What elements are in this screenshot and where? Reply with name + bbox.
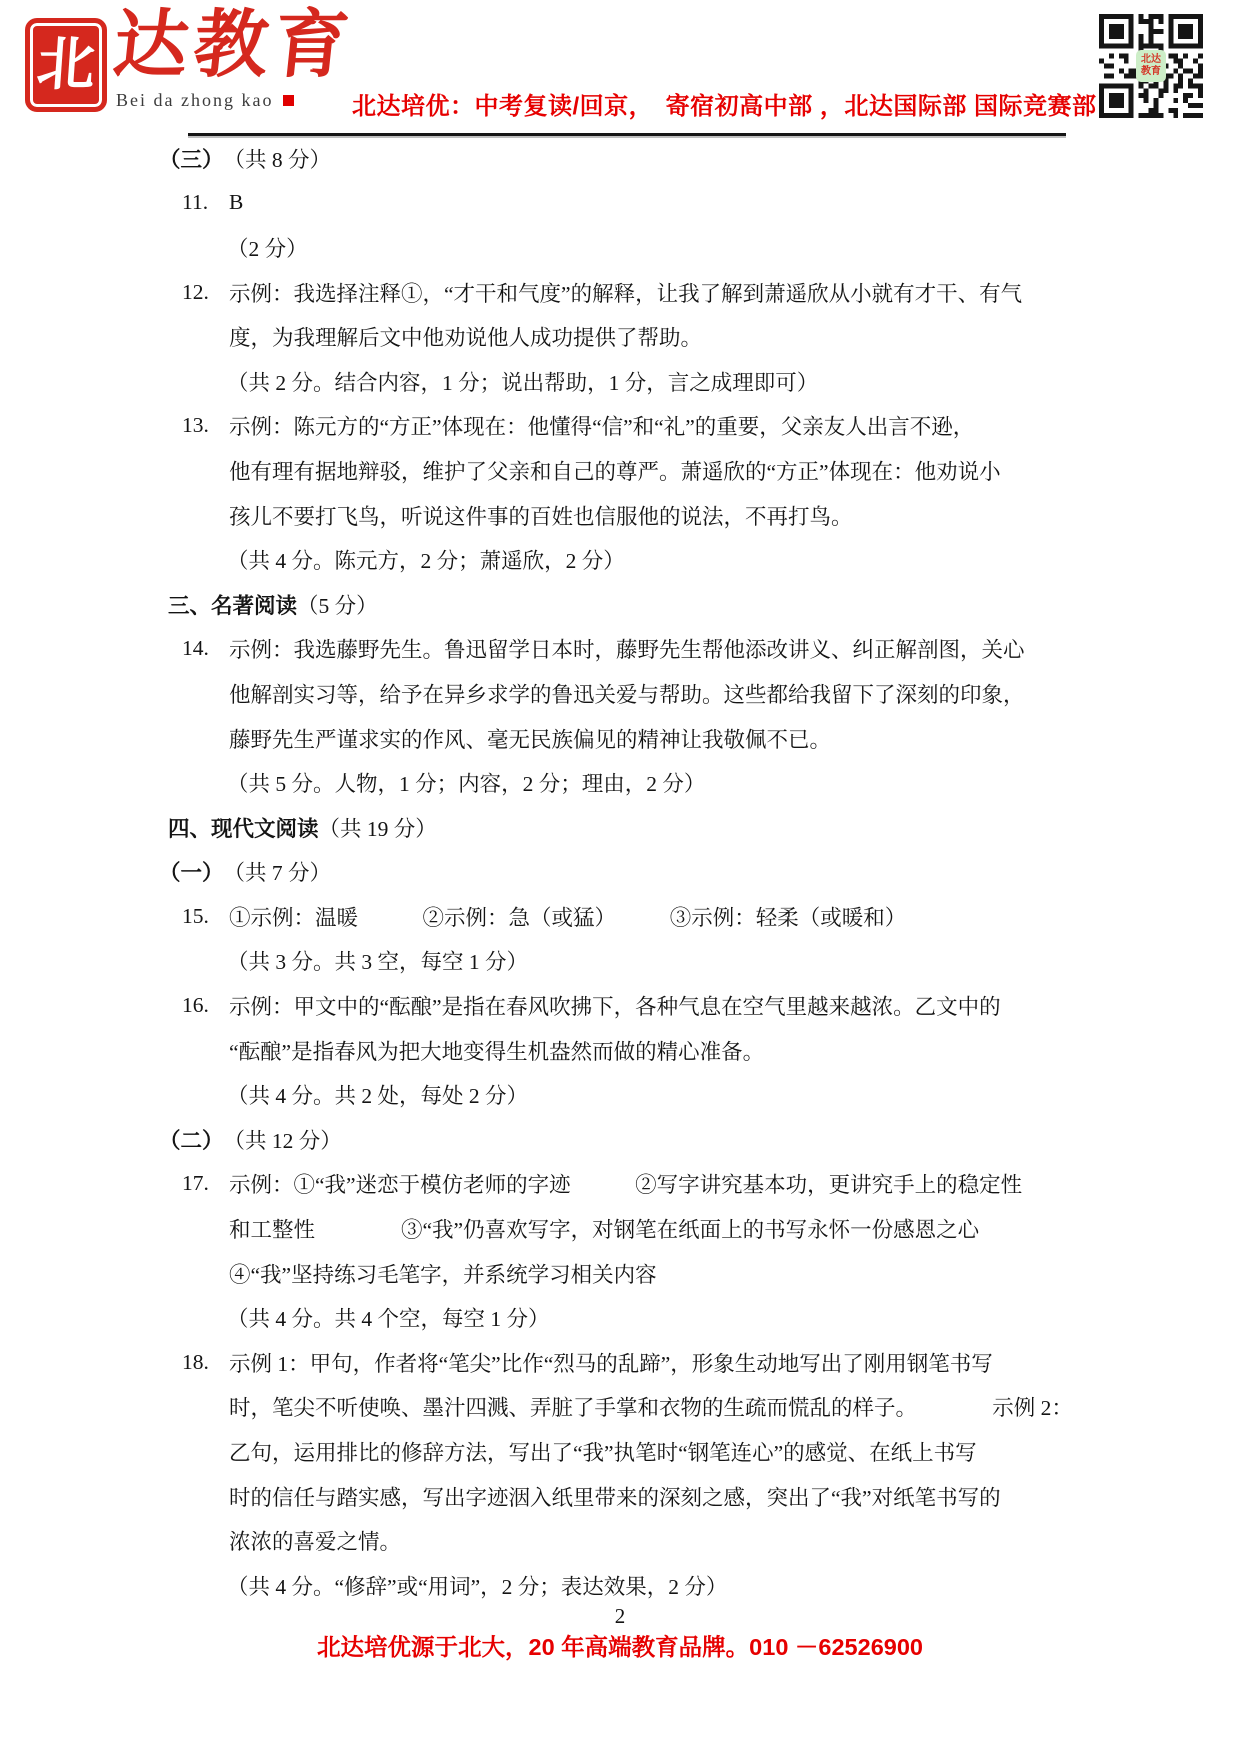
answer-item-line: 15.①示例：温暖 ②示例：急（或猛） ③示例：轻柔（或暖和） bbox=[0, 894, 1240, 939]
logo-seal-icon: 北 bbox=[25, 18, 107, 112]
line-text: 示例：陈元方的“方正”体现在：他懂得“信”和“礼”的重要，父亲友人出言不逊， bbox=[229, 410, 974, 441]
line-text: （共 5 分。人物，1 分；内容，2 分；理由，2 分） bbox=[227, 767, 705, 798]
line-text: 乙句，运用排比的修辞方法，写出了“我”执笔时“钢笔连心”的感觉、在纸上书写 bbox=[229, 1436, 977, 1467]
answer-continuation-line: 孩儿不要打飞鸟，听说这件事的百姓也信服他的说法，不再打鸟。 bbox=[0, 493, 1240, 538]
item-number: 18. bbox=[182, 1350, 229, 1375]
section-heading-bold-text: （三） bbox=[159, 143, 224, 174]
line-text: ①示例：温暖 ②示例：急（或猛） ③示例：轻柔（或暖和） bbox=[229, 901, 906, 932]
section-heading-line: （二）（共 12 分） bbox=[0, 1117, 1240, 1162]
logo-pinyin-text: Bei da zhong kao bbox=[116, 90, 273, 111]
line-text: （共 4 分。“修辞”或“用词”，2 分；表达效果，2 分） bbox=[227, 1570, 727, 1601]
line-text: （共 7 分） bbox=[224, 856, 332, 887]
answer-continuation-line: 和工整性 ③“我”仍喜欢写字，对钢笔在纸面上的书写永怀一份感恩之心 bbox=[0, 1206, 1240, 1251]
section-heading-line: 三、名著阅读（5 分） bbox=[0, 582, 1240, 627]
line-text: （共 2 分。结合内容，1 分；说出帮助，1 分，言之成理即可） bbox=[227, 366, 818, 397]
score-note-line: （共 5 分。人物，1 分；内容，2 分；理由，2 分） bbox=[0, 760, 1240, 805]
score-note-line: （共 4 分。共 4 个空，每空 1 分） bbox=[0, 1295, 1240, 1340]
line-text: 他解剖实习等，给予在异乡求学的鲁迅关爱与帮助。这些都给我留下了深刻的印象， bbox=[229, 678, 1025, 709]
line-text: 他有理有据地辩驳，维护了父亲和自己的尊严。萧遥欣的“方正”体现在：他劝说小 bbox=[229, 455, 1001, 486]
logo-seal-character: 北 bbox=[35, 36, 97, 94]
answer-continuation-line: 乙句，运用排比的修辞方法，写出了“我”执笔时“钢笔连心”的感觉、在纸上书写 bbox=[0, 1429, 1240, 1474]
section-heading-line: （三）（共 8 分） bbox=[0, 136, 1240, 181]
section-heading-bold-text: （二） bbox=[159, 1124, 224, 1155]
item-number: 14. bbox=[182, 636, 229, 661]
line-text: 示例：甲文中的“酝酿”是指在春风吹拂下，各种气息在空气里越来越浓。乙文中的 bbox=[229, 990, 1001, 1021]
line-text: （共 8 分） bbox=[224, 143, 332, 174]
score-note-line: （共 4 分。陈元方，2 分；萧遥欣，2 分） bbox=[0, 537, 1240, 582]
line-text: （5 分） bbox=[297, 589, 378, 620]
item-number: 11. bbox=[182, 190, 229, 215]
line-text: 示例：我选择注释①，“才干和气度”的解释，让我了解到萧遥欣从小就有才干、有气 bbox=[229, 277, 1022, 308]
answer-continuation-line: 他有理有据地辩驳，维护了父亲和自己的尊严。萧遥欣的“方正”体现在：他劝说小 bbox=[0, 448, 1240, 493]
section-heading-line: 四、现代文阅读（共 19 分） bbox=[0, 805, 1240, 850]
item-number: 16. bbox=[182, 993, 229, 1018]
answer-item-line: 18.示例 1：甲句，作者将“笔尖”比作“烈马的乱蹄”，形象生动地写出了刚用钢笔… bbox=[0, 1340, 1240, 1385]
line-text: B bbox=[229, 190, 243, 215]
header-tagline: 北达培优：中考复读/回京， 寄宿初高中部 ，北达国际部 国际竞赛部 bbox=[352, 86, 1097, 121]
item-number: 17. bbox=[182, 1171, 229, 1196]
line-text: 藤野先生严谨求实的作风、毫无民族偏见的精神让我敬佩不已。 bbox=[229, 723, 831, 754]
item-number: 13. bbox=[182, 413, 229, 438]
line-text: 时的信任与踏实感，写出字迹洇入纸里带来的深刻之感，突出了“我”对纸笔书写的 bbox=[229, 1481, 1001, 1512]
item-number: 12. bbox=[182, 280, 229, 305]
qr-center-label: 北达 教育 bbox=[1136, 50, 1166, 82]
section-heading-bold-text: （一） bbox=[159, 856, 224, 887]
line-text: 示例：①“我”迷恋于模仿老师的字迹 ②写字讲究基本功，更讲究手上的稳定性 bbox=[229, 1168, 1022, 1199]
answer-continuation-line: ④“我”坚持练习毛笔字，并系统学习相关内容 bbox=[0, 1251, 1240, 1296]
score-note-line: （共 3 分。共 3 空，每空 1 分） bbox=[0, 939, 1240, 984]
qr-center-label-line1: 北达 bbox=[1141, 54, 1161, 66]
line-text: （共 4 分。共 4 个空，每空 1 分） bbox=[227, 1302, 550, 1333]
footer-slogan: 北达培优源于北大，20 年高端教育品牌。010 －62526900 bbox=[0, 1628, 1240, 1662]
answer-continuation-line: “酝酿”是指春风为把大地变得生机盎然而做的精心准备。 bbox=[0, 1028, 1240, 1073]
line-text: 度，为我理解后文中他劝说他人成功提供了帮助。 bbox=[229, 321, 702, 352]
answer-item-line: 16.示例：甲文中的“酝酿”是指在春风吹拂下，各种气息在空气里越来越浓。乙文中的 bbox=[0, 983, 1240, 1028]
answer-item-line: 13.示例：陈元方的“方正”体现在：他懂得“信”和“礼”的重要，父亲友人出言不逊… bbox=[0, 404, 1240, 449]
line-text: （共 19 分） bbox=[319, 812, 437, 843]
logo-pinyin: Bei da zhong kao bbox=[116, 90, 294, 111]
section-heading-bold-text: 四、现代文阅读 bbox=[168, 812, 319, 843]
section-heading-bold-text: 三、名著阅读 bbox=[168, 589, 297, 620]
line-text: “酝酿”是指春风为把大地变得生机盎然而做的精心准备。 bbox=[229, 1035, 764, 1066]
line-text: （共 4 分。陈元方，2 分；萧遥欣，2 分） bbox=[227, 544, 625, 575]
line-text: 和工整性 ③“我”仍喜欢写字，对钢笔在纸面上的书写永怀一份感恩之心 bbox=[229, 1213, 979, 1244]
line-text: 孩儿不要打飞鸟，听说这件事的百姓也信服他的说法，不再打鸟。 bbox=[229, 500, 853, 531]
score-note-line: （2 分） bbox=[0, 225, 1240, 270]
score-note-line: （共 4 分。共 2 处，每处 2 分） bbox=[0, 1072, 1240, 1117]
line-text: 示例 1：甲句，作者将“笔尖”比作“烈马的乱蹄”，形象生动地写出了刚用钢笔书写 bbox=[229, 1347, 993, 1378]
answer-continuation-line: 时的信任与踏实感，写出字迹洇入纸里带来的深刻之感，突出了“我”对纸笔书写的 bbox=[0, 1474, 1240, 1519]
answer-continuation-line: 时，笔尖不听使唤、墨汁四溅、弄脏了手掌和衣物的生疏而慌乱的样子。 示例 2： bbox=[0, 1385, 1240, 1430]
line-text: 时，笔尖不听使唤、墨汁四溅、弄脏了手掌和衣物的生疏而慌乱的样子。 示例 2： bbox=[229, 1391, 1073, 1422]
line-text: 浓浓的喜爱之情。 bbox=[229, 1525, 401, 1556]
score-note-line: （共 2 分。结合内容，1 分；说出帮助，1 分，言之成理即可） bbox=[0, 359, 1240, 404]
line-text: （共 3 分。共 3 空，每空 1 分） bbox=[227, 945, 528, 976]
line-text: （2 分） bbox=[227, 232, 308, 263]
logo-wordmark: 达教育 bbox=[110, 6, 359, 87]
answer-item-line: 11.B bbox=[0, 181, 1240, 226]
answer-item-line: 14.示例：我选藤野先生。鲁迅留学日本时，藤野先生帮他添改讲义、纠正解剖图，关心 bbox=[0, 627, 1240, 672]
score-note-line: （共 4 分。“修辞”或“用词”，2 分；表达效果，2 分） bbox=[0, 1563, 1240, 1608]
item-number: 15. bbox=[182, 904, 229, 929]
line-text: ④“我”坚持练习毛笔字，并系统学习相关内容 bbox=[229, 1258, 657, 1289]
answer-item-line: 12.示例：我选择注释①，“才干和气度”的解释，让我了解到萧遥欣从小就有才干、有… bbox=[0, 270, 1240, 315]
answer-content: （三）（共 8 分）11.B（2 分）12.示例：我选择注释①，“才干和气度”的… bbox=[0, 136, 1240, 1608]
qr-center-label-line2: 教育 bbox=[1141, 66, 1161, 78]
answer-continuation-line: 藤野先生严谨求实的作风、毫无民族偏见的精神让我敬佩不已。 bbox=[0, 716, 1240, 761]
qr-code-image: 北达 教育 bbox=[1099, 14, 1203, 118]
page-header: 北 达教育 Bei da zhong kao 北达培优：中考复读/回京， 寄宿初… bbox=[0, 0, 1240, 145]
answer-item-line: 17.示例：①“我”迷恋于模仿老师的字迹 ②写字讲究基本功，更讲究手上的稳定性 bbox=[0, 1162, 1240, 1207]
answer-continuation-line: 浓浓的喜爱之情。 bbox=[0, 1518, 1240, 1563]
line-text: （共 4 分。共 2 处，每处 2 分） bbox=[227, 1079, 528, 1110]
answer-continuation-line: 他解剖实习等，给予在异乡求学的鲁迅关爱与帮助。这些都给我留下了深刻的印象， bbox=[0, 671, 1240, 716]
answer-continuation-line: 度，为我理解后文中他劝说他人成功提供了帮助。 bbox=[0, 314, 1240, 359]
red-square-icon bbox=[283, 95, 294, 106]
line-text: 示例：我选藤野先生。鲁迅留学日本时，藤野先生帮他添改讲义、纠正解剖图，关心 bbox=[229, 633, 1025, 664]
section-heading-line: （一）（共 7 分） bbox=[0, 850, 1240, 895]
page-number: 2 bbox=[0, 1604, 1240, 1629]
line-text: （共 12 分） bbox=[224, 1124, 342, 1155]
